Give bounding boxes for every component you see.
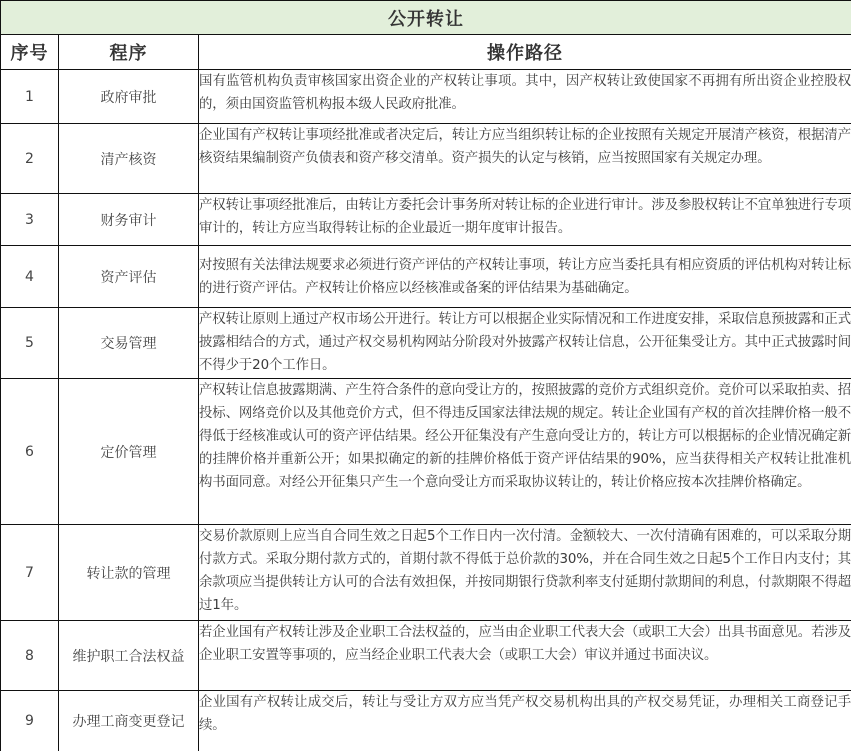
row-procedure: 办理工商变更登记	[59, 691, 199, 751]
row-path: 对按照有关法律法规要求必须进行资产评估的产权转让事项，转让方应当委托具有相应资质…	[199, 246, 851, 308]
header-index: 序号	[1, 35, 59, 70]
row-path: 产权转让原则上通过产权市场公开进行。转让方可以根据企业实际情况和工作进度安排，采…	[199, 308, 851, 379]
title-row: 公开转让	[1, 1, 851, 35]
row-index: 4	[1, 246, 59, 308]
row-procedure: 财务审计	[59, 194, 199, 246]
row-procedure: 政府审批	[59, 70, 199, 124]
table-row: 8 维护职工合法权益 若企业国有产权转让涉及企业职工合法权益的，应当由企业职工代…	[1, 621, 851, 691]
row-index: 2	[1, 124, 59, 194]
row-index: 3	[1, 194, 59, 246]
row-index: 5	[1, 308, 59, 379]
row-procedure: 转让款的管理	[59, 525, 199, 621]
table-row: 6 定价管理 产权转让信息披露期满、产生符合条件的意向受让方的，按照披露的竞价方…	[1, 379, 851, 525]
row-path: 企业国有产权转让成交后，转让与受让方双方应当凭产权交易机构出具的产权交易凭证，办…	[199, 691, 851, 751]
table-row: 4 资产评估 对按照有关法律法规要求必须进行资产评估的产权转让事项，转让方应当委…	[1, 246, 851, 308]
row-index: 7	[1, 525, 59, 621]
row-path: 产权转让信息披露期满、产生符合条件的意向受让方的，按照披露的竞价方式组织竞价。竞…	[199, 379, 851, 525]
table-title: 公开转让	[1, 1, 851, 35]
table-row: 5 交易管理 产权转让原则上通过产权市场公开进行。转让方可以根据企业实际情况和工…	[1, 308, 851, 379]
row-index: 6	[1, 379, 59, 525]
row-path: 国有监管机构负责审核国家出资企业的产权转让事项。其中，因产权转让致使国家不再拥有…	[199, 70, 851, 124]
table-row: 1 政府审批 国有监管机构负责审核国家出资企业的产权转让事项。其中，因产权转让致…	[1, 70, 851, 124]
row-procedure: 定价管理	[59, 379, 199, 525]
row-path: 企业国有产权转让事项经批准或者决定后，转让方应当组织转让标的企业按照有关规定开展…	[199, 124, 851, 194]
table-row: 2 清产核资 企业国有产权转让事项经批准或者决定后，转让方应当组织转让标的企业按…	[1, 124, 851, 194]
procedure-table: 公开转让 序号 程序 操作路径 1 政府审批 国有监管机构负责审核国家出资企业的…	[0, 0, 851, 751]
row-path: 产权转让事项经批准后，由转让方委托会计事务所对转让标的企业进行审计。涉及参股权转…	[199, 194, 851, 246]
header-path: 操作路径	[199, 35, 851, 70]
row-procedure: 资产评估	[59, 246, 199, 308]
row-index: 9	[1, 691, 59, 751]
row-index: 1	[1, 70, 59, 124]
header-row: 序号 程序 操作路径	[1, 35, 851, 70]
table-row: 7 转让款的管理 交易价款原则上应当自合同生效之日起5个工作日内一次付清。金额较…	[1, 525, 851, 621]
row-index: 8	[1, 621, 59, 691]
row-procedure: 清产核资	[59, 124, 199, 194]
table-row: 3 财务审计 产权转让事项经批准后，由转让方委托会计事务所对转让标的企业进行审计…	[1, 194, 851, 246]
row-procedure: 维护职工合法权益	[59, 621, 199, 691]
header-procedure: 程序	[59, 35, 199, 70]
row-procedure: 交易管理	[59, 308, 199, 379]
row-path: 若企业国有产权转让涉及企业职工合法权益的，应当由企业职工代表大会（或职工大会）出…	[199, 621, 851, 691]
row-path: 交易价款原则上应当自合同生效之日起5个工作日内一次付清。金额较大、一次付清确有困…	[199, 525, 851, 621]
table-row: 9 办理工商变更登记 企业国有产权转让成交后，转让与受让方双方应当凭产权交易机构…	[1, 691, 851, 751]
